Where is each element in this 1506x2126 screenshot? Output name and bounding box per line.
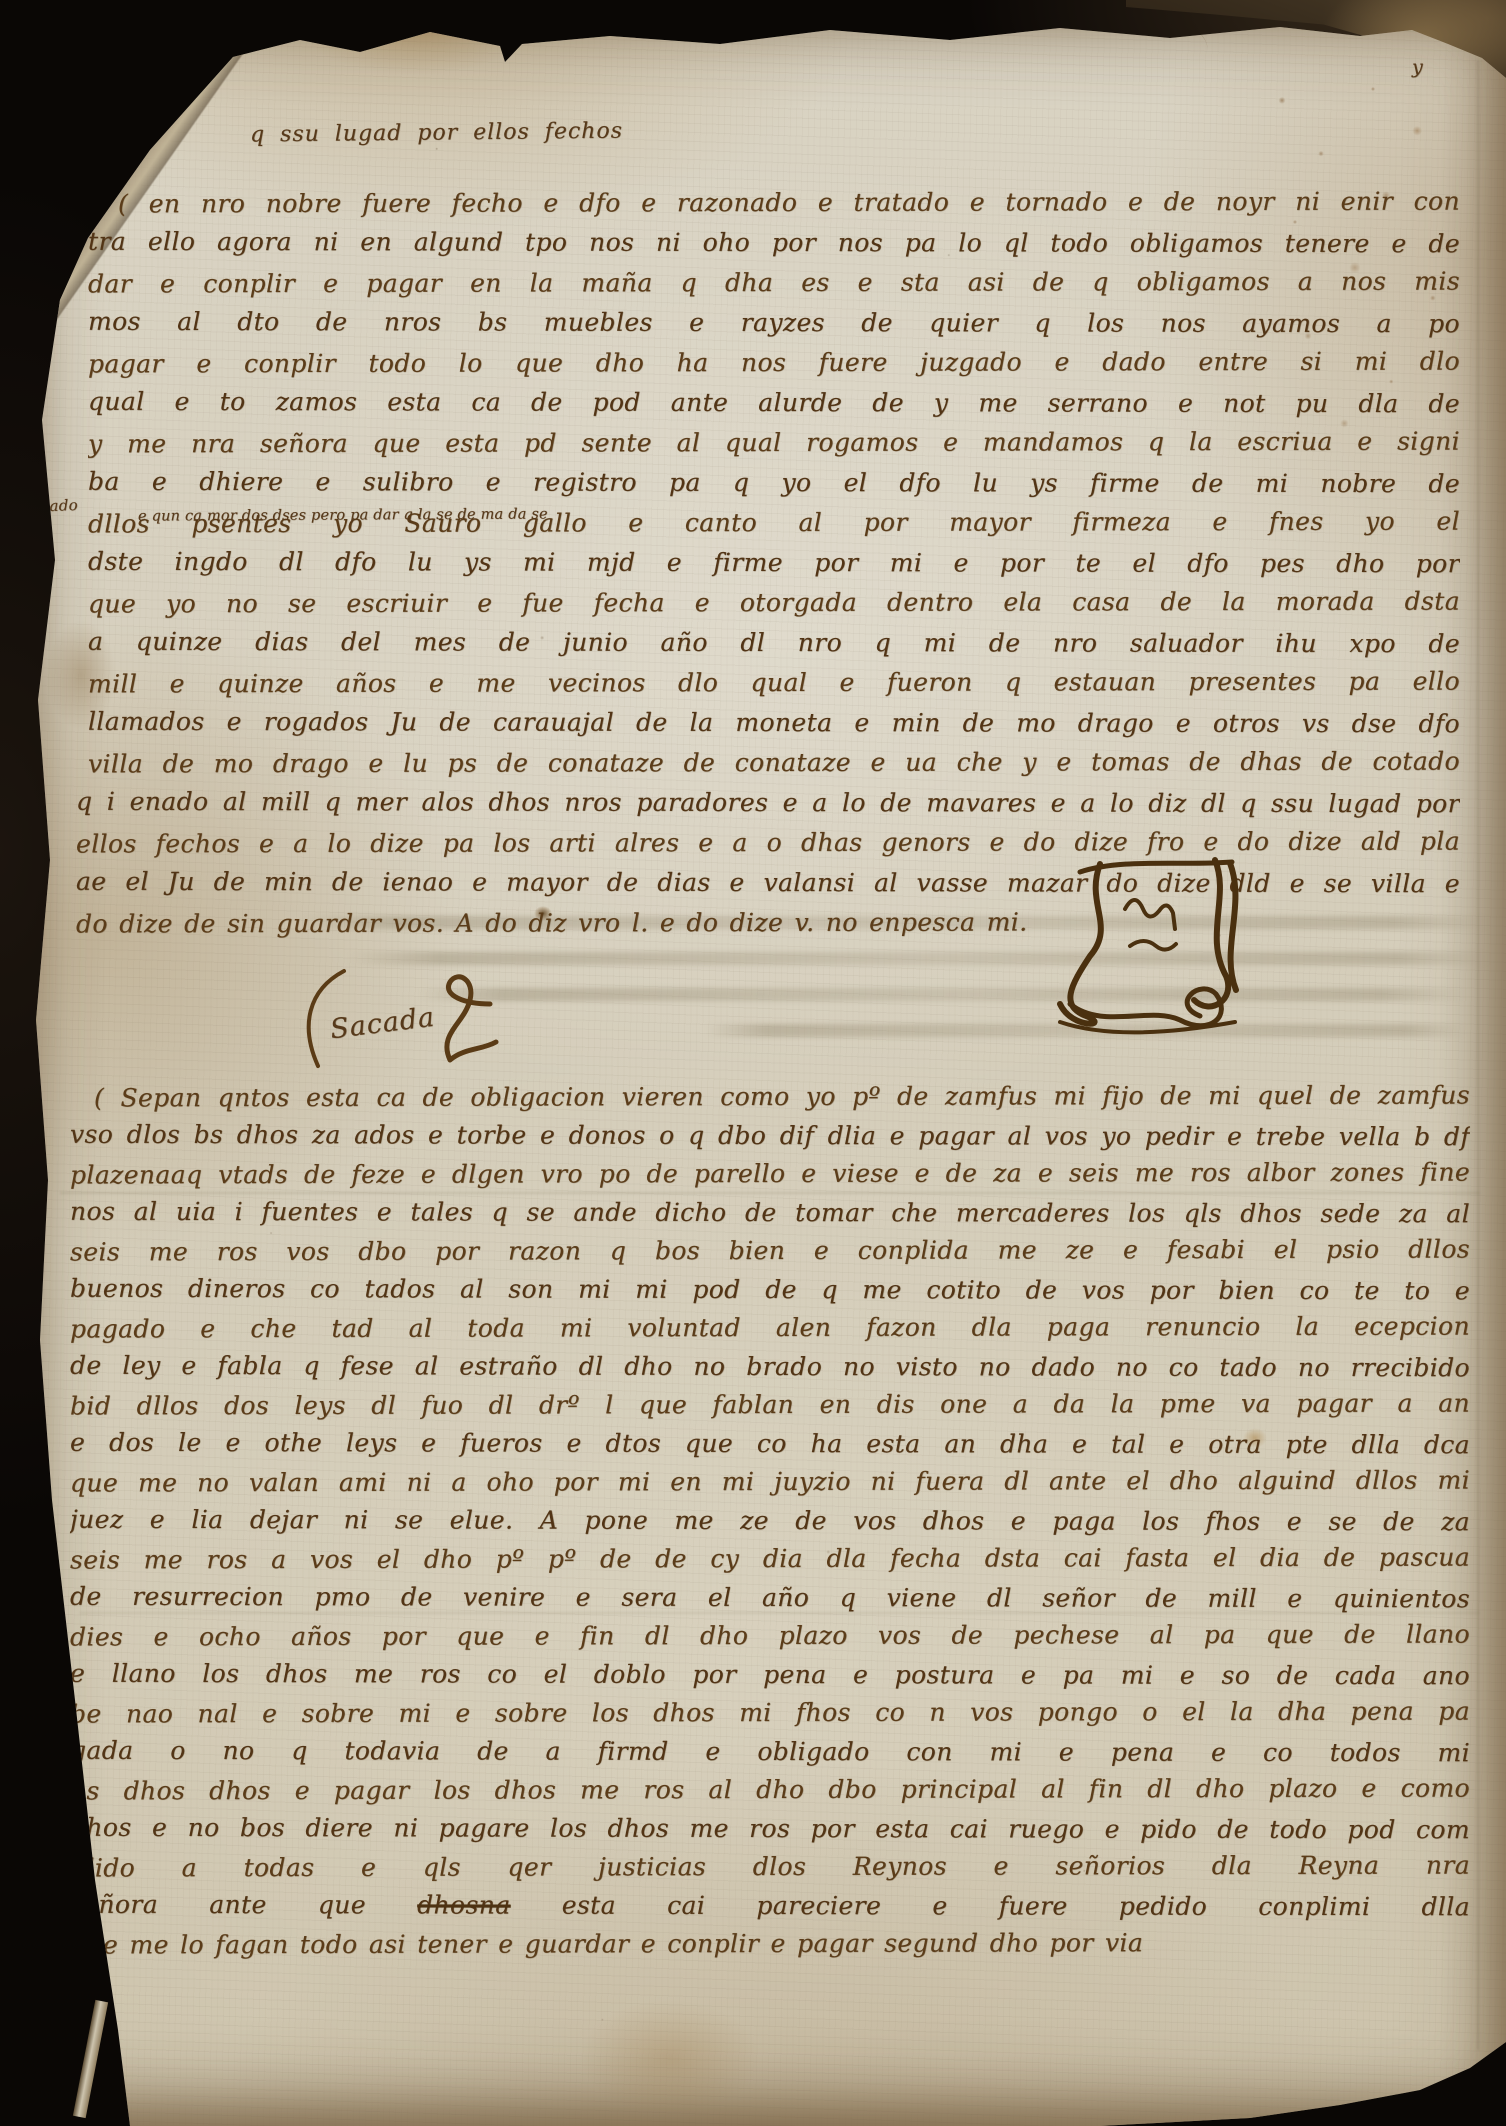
manuscript-line: ba e dhiere e sulibro e registro pa q yo… (88, 465, 1460, 507)
manuscript-line: plido a todas e qls qer justicias dlos R… (70, 1849, 1470, 1890)
manuscript-line: de resurrecion pmo de venire e sera el a… (70, 1579, 1470, 1620)
manuscript-line: plazenaaq vtads de feze e dlgen vro po d… (70, 1156, 1470, 1197)
section-heading: Sacada (292, 968, 522, 1078)
folio-mark: y (1412, 56, 1423, 78)
paragraph-2: ( Sepan qntos esta ca de obligacion vier… (70, 1080, 1470, 1966)
manuscript-line: mill e quinze años e me vecinos dlo qual… (88, 665, 1460, 708)
manuscript-line: y me nra señora que esta pd sente al qua… (88, 425, 1460, 468)
manuscript-line: bs dhos dhos e pagar los dhos me ros al … (70, 1772, 1470, 1813)
interline-insertion: e qun ca mor dos dses pero pa dar q la s… (138, 505, 738, 524)
manuscript-line: dar e conplir e pagar en la maña q dha e… (88, 265, 1460, 308)
manuscript-line: buenos dineros co tados al son mi mi pod… (70, 1271, 1470, 1312)
rubric-flourish (1030, 854, 1278, 1046)
stain (580, 2000, 760, 2115)
manuscript-line-with-strikethrough: señora ante que dhosna esta cai parecier… (70, 1887, 1470, 1928)
manuscript-line: pagar e conplir todo lo que dho ha nos f… (88, 345, 1460, 388)
line-text: señora ante que (70, 1889, 417, 1919)
stain (300, 0, 530, 75)
manuscript-line: e llano los dhos me ros co el doblo por … (70, 1656, 1470, 1697)
manuscript-line: villa de mo drago e lu ps de conataze de… (88, 745, 1460, 788)
paragraph-1: ( en nro nobre fuere fecho e dfo e razon… (88, 186, 1460, 946)
header-note: q ssu lugad por ellos fechos (250, 117, 728, 147)
show-through-line (348, 952, 1490, 965)
scan-background: y q ssu lugad por ellos fechos ( en nro … (0, 0, 1506, 2126)
manuscript-line: juez e lia dejar ni se elue. A pone me z… (70, 1502, 1470, 1543)
manuscript-line: que yo no se escriuir e fue fecha e otor… (88, 585, 1460, 628)
manuscript-line: e dos le e othe leys e fueros e dtos que… (70, 1425, 1470, 1466)
show-through-line (419, 988, 1466, 1001)
manuscript-line: dies e ocho años por que e fin dl dho pl… (70, 1618, 1470, 1659)
manuscript-line: ( en nro nobre fuere fecho e dfo e razon… (88, 185, 1460, 228)
struck-word: dhosna (417, 1890, 510, 1919)
manuscript-line: pagado e che tad al toda mi voluntad ale… (70, 1310, 1470, 1351)
manuscript-line: a quinze dias del mes de junio año dl nr… (88, 625, 1460, 667)
manuscript-line: nos al uia i fuentes e tales q se ande d… (70, 1194, 1470, 1235)
manuscript-line: q i enado al mill q mer alos dhos nros p… (76, 785, 1460, 827)
hairline-mark (1034, 0, 1212, 86)
manuscript-line: qual e to zamos esta ca de pod ante alur… (88, 385, 1460, 427)
manuscript-line: de ley e fabla q fese al estraño dl dho … (70, 1348, 1470, 1389)
manuscript-line: tra ello agora ni en algund tpo nos ni o… (88, 225, 1460, 267)
manuscript-line: dste ingdo dl dfo lu ys mi mjd e firme p… (88, 545, 1460, 587)
manuscript-line: ( Sepan qntos esta ca de obligacion vier… (70, 1079, 1470, 1120)
manuscript-line: seis me ros vos dbo por razon q bos bien… (70, 1233, 1470, 1274)
manuscript-line: seis me ros a vos el dho pº pº de de cy … (70, 1541, 1470, 1582)
manuscript-line: dhos e no bos diere ni pagare los dhos m… (70, 1810, 1470, 1851)
manuscript-line: que me no valan ami ni a oho por mi en m… (70, 1464, 1470, 1505)
manuscript-line: be nao nal e sobre mi e sobre los dhos m… (70, 1695, 1470, 1736)
manuscript-page: y q ssu lugad por ellos fechos ( en nro … (0, 0, 1506, 2126)
heading-loop-flourish-icon (420, 964, 510, 1064)
manuscript-line: que me lo fagan todo asi tener e guardar… (70, 1926, 1470, 1967)
manuscript-line: gada o no q todavia de a firmd e obligad… (70, 1733, 1470, 1774)
crease-line (1477, 60, 1479, 2050)
manuscript-line: bid dllos dos leys dl fuo dl drº l que f… (70, 1387, 1470, 1428)
manuscript-line: mos al dto de nros bs muebles e rayzes d… (88, 305, 1460, 347)
manuscript-line: llamados e rogados Ju de carauajal de la… (88, 705, 1460, 747)
manuscript-line: vso dlos bs dhos za ados e torbe e donos… (70, 1117, 1470, 1158)
line-text: esta cai pareciere e fuere pedido conpli… (511, 1890, 1471, 1921)
folio-edge-sliver (73, 2000, 108, 2118)
